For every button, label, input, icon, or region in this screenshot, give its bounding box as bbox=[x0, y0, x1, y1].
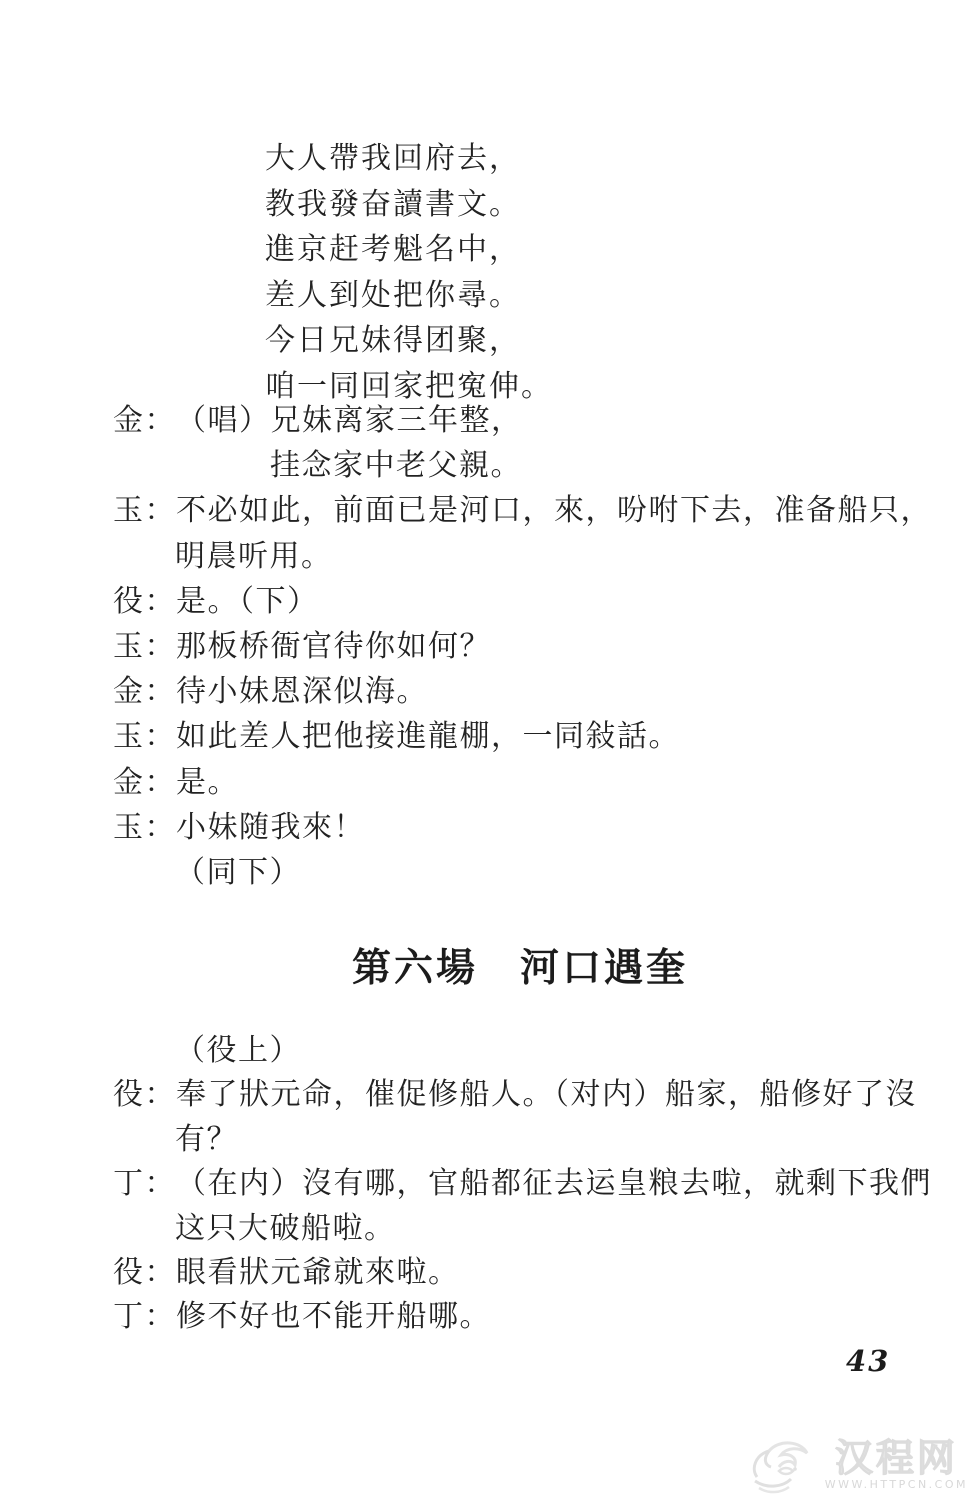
speaker-label: 役： bbox=[113, 579, 176, 624]
dialogue-line: 明晨听用。 bbox=[113, 534, 932, 579]
dialogue-line: 金：（唱）兄妹离家三年整， bbox=[113, 398, 932, 443]
opening-verse-block: 大人帶我回府去， 教我發奋讀書文。 進京赶考魁名中， 差人到处把你尋。 今日兄妹… bbox=[265, 136, 553, 409]
dialogue-text: 是。（下） bbox=[176, 584, 319, 619]
dialogue-text: 如此差人把他接進龍棚，一同敍話。 bbox=[176, 719, 680, 754]
dialogue-text: 小妹随我來！ bbox=[176, 810, 365, 845]
dialogue-line: 这只大破船啦。 bbox=[113, 1207, 932, 1251]
speaker-label: 丁： bbox=[113, 1162, 176, 1206]
dialogue-line: 有？ bbox=[113, 1118, 932, 1162]
dialogue-text: 挂念家中老父親。 bbox=[270, 448, 522, 483]
dialogue-line: 玉：那板桥衙官待你如何？ bbox=[113, 624, 932, 669]
dialogue-line: 役：是。（下） bbox=[113, 579, 932, 624]
stage-direction-text: （役上） bbox=[175, 1033, 301, 1068]
httpcn-logo-icon bbox=[749, 1431, 821, 1497]
stage-direction: （同下） bbox=[113, 850, 932, 895]
verse-line: 進京赶考魁名中， bbox=[265, 227, 553, 273]
speaker-label: 玉： bbox=[113, 805, 176, 850]
dialogue-line: 丁：（在内）沒有哪，官船都征去运皇粮去啦，就剩下我們 bbox=[113, 1162, 932, 1206]
dialogue-line: 金：是。 bbox=[113, 760, 932, 805]
speaker-label: 丁： bbox=[113, 1295, 176, 1339]
dialogue-line: 役：奉了狀元命，催促修船人。（对内）船家，船修好了沒 bbox=[113, 1073, 932, 1117]
dialogue-text: （唱）兄妹离家三年整， bbox=[176, 403, 523, 438]
stage-direction: （役上） bbox=[113, 1029, 932, 1073]
dialogue-text: 眼看狀元爺就來啦。 bbox=[176, 1255, 460, 1290]
dialogue-text: 不必如此，前面已是河口，來，吩咐下去，准备船只， bbox=[176, 493, 932, 528]
dialogue-line: 挂念家中老父親。 bbox=[113, 443, 932, 488]
watermark-site-name: 汉程网 bbox=[835, 1438, 958, 1478]
dialogue-text: 修不好也不能开船哪。 bbox=[176, 1299, 491, 1334]
dialogue-text: 那板桥衙官待你如何？ bbox=[176, 629, 491, 664]
verse-line: 今日兄妹得团聚， bbox=[265, 318, 553, 364]
speaker-label: 金： bbox=[113, 760, 176, 805]
dialogue-text: 奉了狀元命，催促修船人。（对内）船家，船修好了沒 bbox=[176, 1077, 917, 1112]
dialogue-text: 是。 bbox=[176, 765, 239, 800]
dialogue-text: （在内）沒有哪，官船都征去运皇粮去啦，就剩下我們 bbox=[176, 1166, 932, 1201]
watermark-site-url: WWW.HTTPCN.COM bbox=[825, 1478, 968, 1491]
speaker-label: 金： bbox=[113, 398, 176, 443]
watermark-texts: 汉程网 WWW.HTTPCN.COM bbox=[825, 1438, 968, 1491]
speaker-label: 役： bbox=[113, 1073, 176, 1117]
speaker-label: 役： bbox=[113, 1251, 176, 1295]
dialogue-line: 玉：如此差人把他接進龍棚，一同敍話。 bbox=[113, 714, 932, 759]
dialogue-text: （同下） bbox=[175, 855, 301, 890]
speaker-label: 金： bbox=[113, 669, 176, 714]
dialogue-line: 金：待小妹恩深似海。 bbox=[113, 669, 932, 714]
dialogue-text: 这只大破船啦。 bbox=[175, 1211, 396, 1246]
dialogue-text: 明晨听用。 bbox=[175, 539, 333, 574]
dialogue-text: 待小妹恩深似海。 bbox=[176, 674, 428, 709]
verse-line: 差人到处把你尋。 bbox=[265, 273, 553, 319]
speaker-label: 玉： bbox=[113, 624, 176, 669]
scene-five-dialogue: 金：（唱）兄妹离家三年整， 挂念家中老父親。 玉：不必如此，前面已是河口，來，吩… bbox=[113, 398, 932, 895]
verse-line: 大人帶我回府去， bbox=[265, 136, 553, 182]
scene-six-dialogue: （役上） 役：奉了狀元命，催促修船人。（对内）船家，船修好了沒 有？ 丁：（在内… bbox=[113, 1029, 932, 1340]
dialogue-text: 有？ bbox=[175, 1122, 238, 1157]
scene-heading: 第六場 河口遇奎 bbox=[352, 944, 688, 992]
dialogue-line: 玉：小妹随我來！ bbox=[113, 805, 932, 850]
watermark: 汉程网 WWW.HTTPCN.COM bbox=[749, 1431, 968, 1497]
scanned-script-page: 大人帶我回府去， 教我發奋讀書文。 進京赶考魁名中， 差人到处把你尋。 今日兄妹… bbox=[0, 0, 974, 1505]
speaker-label: 玉： bbox=[113, 714, 176, 759]
verse-line: 教我發奋讀書文。 bbox=[265, 182, 553, 228]
dialogue-line: 丁：修不好也不能开船哪。 bbox=[113, 1295, 932, 1339]
speaker-label: 玉： bbox=[113, 488, 176, 533]
dialogue-line: 玉：不必如此，前面已是河口，來，吩咐下去，准备船只， bbox=[113, 488, 932, 533]
dialogue-line: 役：眼看狀元爺就來啦。 bbox=[113, 1251, 932, 1295]
page-number: 43 bbox=[846, 1344, 890, 1378]
